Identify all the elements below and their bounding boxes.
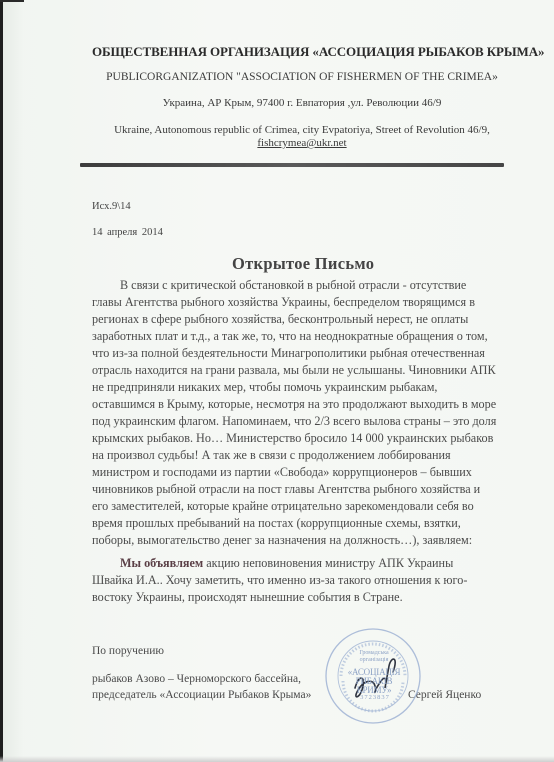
declaration-paragraph: Мы объявляем акцию неповиновения министр…	[92, 555, 522, 606]
email-link[interactable]: fishcrymea@ukr.net	[257, 137, 346, 149]
stamp-small-text: Громадська організація	[348, 650, 400, 664]
declaration-line: Швайка И.А.. Хочу заметить, что именно и…	[92, 572, 522, 589]
address-ru: Украина, АР Крым, 97400 г. Евпатория ,ул…	[92, 97, 512, 109]
address-en: Ukraine, Autonomous republic of Crimea, …	[114, 124, 490, 136]
address-en-block: Ukraine, Autonomous republic of Crimea, …	[92, 124, 512, 150]
letterhead-divider	[80, 163, 504, 167]
scan-top-edge	[0, 0, 24, 2]
stamp-number: 3723837	[357, 694, 393, 701]
body-line: поборы, вымогательство денег за назначен…	[92, 532, 522, 549]
body-line: заработных плат и т.д., а так же, то, чт…	[92, 328, 522, 345]
body-line: что из-за полной бездеятельности Минагро…	[92, 345, 522, 362]
letter-body: В связи с критической обстановкой в рыбн…	[92, 277, 522, 549]
body-line: отрасль находится на грани развала, мы б…	[92, 362, 522, 379]
body-line: его заместителей, которые крайне отрицат…	[92, 498, 522, 515]
body-line: министром и господами из партии «Свобода…	[92, 464, 522, 481]
declaration-line: Мы объявляем акцию неповиновения министр…	[92, 555, 522, 572]
body-line: чиновников рыбной отрасли на пост главы …	[92, 481, 522, 498]
body-line: регионах в сфере рыбного хозяйства, беск…	[92, 311, 522, 328]
signature-line-2: председатель «Ассоциации Рыбаков Крыма»	[92, 689, 311, 701]
body-line: под украинским флагом. Напоминаем, что 2…	[92, 413, 522, 430]
letter-date: 14 апреля 2014	[92, 227, 163, 238]
scan-left-shade	[3, 0, 23, 762]
scanned-letter-page: ОБЩЕСТВЕННАЯ ОРГАНИЗАЦИЯ «АССОЦИАЦИЯ РЫБ…	[0, 0, 554, 762]
letter-title: Открытое Письмо	[232, 254, 374, 274]
declaration-line: востоку Украины, происходят нынешние соб…	[92, 589, 522, 606]
reference-number: Исх.9\14	[92, 201, 131, 212]
scan-bottom-shadow	[0, 756, 554, 762]
body-line: время прошлых пребываний на постах (корр…	[92, 515, 522, 532]
body-line: крымских рыбаков. Но… Министерство броси…	[92, 430, 522, 447]
signature-label: По поручению	[92, 645, 164, 657]
org-name-en: PUBLICORGANIZATION "ASSOCIATION OF FISHE…	[92, 71, 512, 83]
org-name-ru: ОБЩЕСТВЕННАЯ ОРГАНИЗАЦИЯ «АССОЦИАЦИЯ РЫБ…	[92, 44, 512, 60]
body-line: не предприняли никаких мер, чтобы помочь…	[92, 379, 522, 396]
stamp-main-text: «АСОЦІАЦІЯ РИБАКІВ КРИМУ»	[345, 668, 403, 695]
signature-line-1: рыбаков Азово – Черноморского бассейна,	[92, 673, 301, 685]
body-line: на произвол судьбы! А так же в связи с п…	[92, 447, 522, 464]
declaration-lead: Мы объявляем	[120, 556, 203, 570]
body-line: В связи с критической обстановкой в рыбн…	[92, 277, 522, 294]
body-line: оставшимся в Крыму, которые, несмотря на…	[92, 396, 522, 413]
body-line: главы Агентства рыбного хозяйства Украин…	[92, 294, 522, 311]
